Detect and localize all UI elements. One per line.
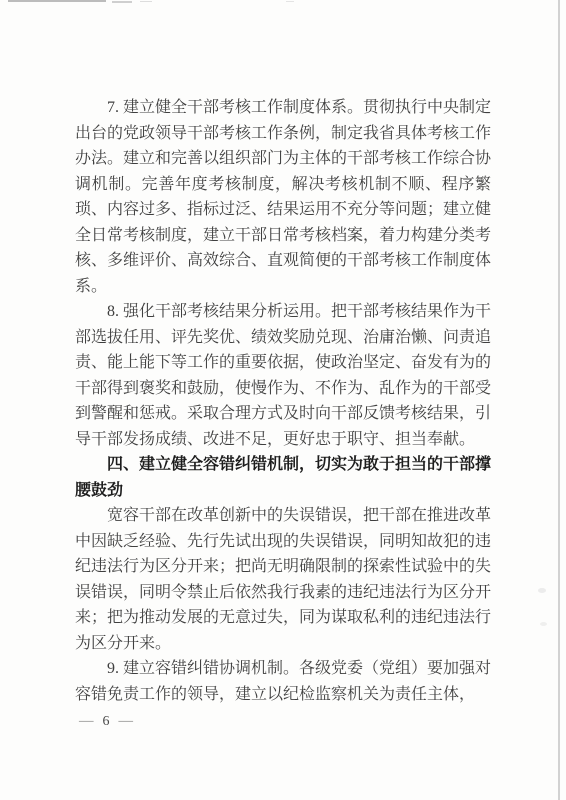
scan-artifact-top-line — [140, 1, 152, 2]
section-heading-4: 四、建立健全容错纠错机制，切实为敢于担当的干部撑腰鼓劲 — [75, 452, 491, 503]
paragraph-item-7: 7. 建立健全干部考核工作制度体系。贯彻执行中央制定出台的党政领导干部考核工作条… — [75, 95, 491, 299]
scan-artifact-top-line — [112, 1, 132, 3]
document-page: 7. 建立健全干部考核工作制度体系。贯彻执行中央制定出台的党政领导干部考核工作条… — [0, 0, 566, 800]
page-number: —6— — [79, 713, 133, 730]
paragraph-tolerance-intro: 宽容干部在改革创新中的失误错误，把干部在推进改革中因缺乏经验、先行先试出现的失误… — [75, 503, 491, 656]
page-number-value: 6 — [103, 714, 110, 729]
page-number-dash: — — [79, 713, 94, 729]
scan-artifact-top-line — [8, 0, 106, 2]
scan-artifact-right-edge — [558, 0, 560, 800]
scan-smudge — [538, 588, 546, 593]
document-body: 7. 建立健全干部考核工作制度体系。贯彻执行中央制定出台的党政领导干部考核工作条… — [75, 95, 491, 707]
scan-artifact-top-line — [286, 1, 294, 2]
page-number-dash: — — [119, 713, 134, 729]
paragraph-item-9: 9. 建立容错纠错协调机制。各级党委（党组）要加强对容错免责工作的领导，建立以纪… — [75, 656, 491, 707]
scan-smudge — [540, 622, 547, 626]
paragraph-item-8: 8. 强化干部考核结果分析运用。把干部考核结果作为干部选拔任用、评先奖优、绩效奖… — [75, 299, 491, 452]
